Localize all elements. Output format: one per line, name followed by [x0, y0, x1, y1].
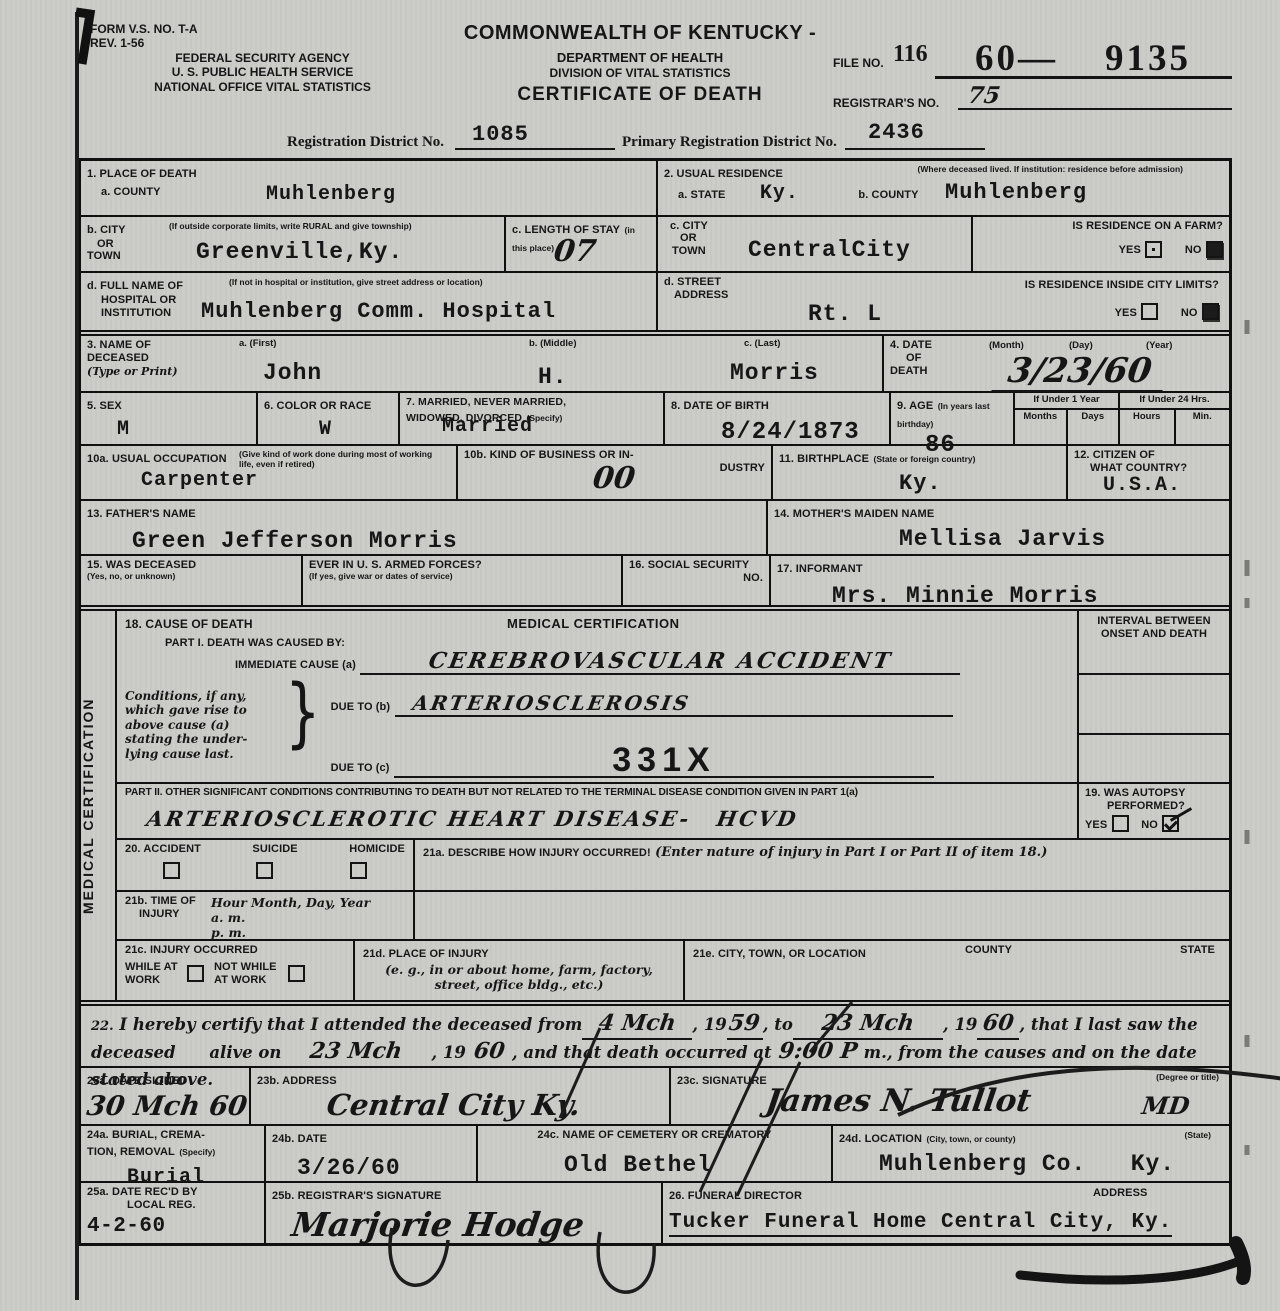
- autopsy-yes-checkbox: [1112, 815, 1129, 832]
- due-to-b-label: DUE TO (b): [331, 701, 390, 713]
- birthplace-note: (State or foreign country): [873, 454, 975, 464]
- department-title: DEPARTMENT OF HEALTH: [440, 50, 840, 66]
- marital-value: Married: [442, 417, 533, 437]
- primary-district-rule: [845, 148, 985, 150]
- burial-location-county: Muhlenberg Co.: [879, 1151, 1086, 1177]
- registrar-no-value: 75: [966, 84, 1001, 107]
- informant-value: Mrs. Minnie Morris: [832, 585, 1223, 608]
- ssn-label-1: 16. SOCIAL SECURITY: [629, 559, 763, 572]
- injury-state-label: STATE: [1180, 944, 1215, 957]
- interval-label-2: ONSET AND DEATH: [1083, 628, 1225, 641]
- veteran-note-2: (If yes, give war or dates of service): [309, 572, 615, 582]
- injury-place-note: (e. g., in or about home, farm, factory,…: [363, 962, 675, 992]
- part2-label: PART II. OTHER SIGNIFICANT CONDITIONS CO…: [125, 787, 1069, 799]
- residence-city-label: c. CITY: [670, 220, 965, 233]
- certify-19b: , 19: [943, 1015, 977, 1034]
- row-registrar: 25a. DATE REC'D BY LOCAL REG. 4-2-60 25b…: [81, 1183, 1229, 1243]
- middle-name-label: b. (Middle): [529, 339, 662, 350]
- autopsy-no-checkbox: [1162, 815, 1179, 832]
- residence-note: (Where deceased lived. If institution: r…: [893, 165, 1183, 175]
- conditions-brace: }: [285, 676, 321, 793]
- street-address-value: Rt. L: [808, 303, 882, 326]
- burial-label-1: 24a. BURIAL, CREMA-: [87, 1129, 258, 1142]
- accident-label: 20. ACCIDENT: [125, 843, 201, 856]
- usual-residence-block: 2. USUAL RESIDENCE (Where deceased lived…: [658, 161, 1229, 330]
- mother-label: 14. MOTHER'S MAIDEN NAME: [774, 508, 934, 520]
- immediate-cause-value: Cerebrovascular Accident: [427, 650, 894, 672]
- commonwealth-title: COMMONWEALTH OF KENTUCKY -: [440, 22, 840, 44]
- race-label: 6. COLOR OR RACE: [264, 400, 371, 412]
- certify-fill-hour: 9:00 P: [777, 1040, 858, 1062]
- row-demographics: 5. SEX M 6. COLOR OR RACE W 7. MARRIED, …: [81, 393, 1229, 446]
- farm-question: IS RESIDENCE ON A FARM?: [979, 220, 1223, 233]
- certify-fill-to: 23 Mch: [820, 1012, 915, 1034]
- medical-certification-strip-label: MEDICAL CERTIFICATION: [81, 611, 115, 1000]
- burial-note: (Specify): [179, 1147, 215, 1157]
- occupation-label: 10a. USUAL OCCUPATION: [87, 453, 227, 465]
- reg-district-value: 1085: [472, 124, 529, 146]
- work-label: WORK: [125, 974, 187, 987]
- residence-city-value: CentralCity: [748, 239, 911, 262]
- row-medical-certification: MEDICAL CERTIFICATION 18. CAUSE OF DEATH…: [81, 611, 1229, 1006]
- name-title-1: 3. NAME OF: [87, 339, 227, 352]
- conditions-note: Conditions, if any, which gave rise to a…: [125, 689, 285, 778]
- citizen-label-1: 12. CITIZEN OF: [1074, 449, 1223, 462]
- signature-value: James N. Tullot: [764, 1086, 1033, 1117]
- sex-value: M: [117, 420, 250, 440]
- primary-district-value: 2436: [868, 122, 925, 144]
- injury-desc-note: (Enter nature of injury in Part I or Par…: [655, 845, 1047, 860]
- file-stamp-serial: 9135: [1105, 40, 1191, 77]
- registrar-signature-value: Marjorie Hodge: [290, 1208, 587, 1241]
- medical-certification-strip: MEDICAL CERTIFICATION: [81, 611, 117, 1000]
- residence-county-value: Muhlenberg: [945, 180, 1087, 205]
- autopsy-no-label: NO: [1141, 819, 1158, 831]
- burial-location-note-1: (City, town, or county): [926, 1134, 1015, 1144]
- certify-text-to: , to: [763, 1015, 793, 1034]
- certify-fill-from: 4 Mch: [597, 1012, 677, 1034]
- injury-time-cols: Hour Month, Day, Year: [211, 895, 370, 910]
- place-of-death-block: 1. PLACE OF DEATH a. COUNTY Muhlenberg b…: [81, 161, 658, 330]
- row-veteran-informant: 15. WAS DECEASED (Yes, no, or unknown) E…: [81, 556, 1229, 611]
- under-one-year-block: If Under 1 Year Months Days: [1015, 393, 1120, 444]
- certify-fill-fromyr: 59: [728, 1012, 762, 1034]
- limits-no-checkbox: [1202, 303, 1219, 320]
- interval-rule-a: [1079, 673, 1229, 675]
- autopsy-yes-label: YES: [1085, 819, 1107, 831]
- reg-district-rule: [455, 148, 615, 150]
- father-value: Green Jefferson Morris: [132, 530, 760, 553]
- interval-rule-b: [1079, 733, 1229, 735]
- injury-place-block: 21d. PLACE OF INJURY (e. g., in or about…: [355, 941, 685, 1000]
- form-revision: REV. 1-56: [90, 36, 435, 50]
- cemetery-value: Old Bethel: [564, 1154, 825, 1177]
- row-signature: 23a. DATE SIGNED 30 Mch 60 23b. ADDRESS …: [81, 1068, 1229, 1126]
- injury-where-label: 21c. INJURY OCCURRED: [125, 944, 345, 957]
- registrar-no-label: REGISTRAR'S NO.: [833, 96, 939, 110]
- first-name-label: a. (First): [239, 339, 427, 350]
- form-number: FORM V.S. NO. T-A: [90, 22, 435, 36]
- injury-location-block: 21e. CITY, TOWN, OR LOCATION COUNTY STAT…: [685, 941, 1229, 1000]
- name-title-3: (Type or Print): [87, 365, 227, 378]
- burial-date-label: 24b. DATE: [272, 1133, 327, 1145]
- file-stamp-year: 60—: [975, 40, 1058, 77]
- limits-no-label: NO: [1181, 307, 1198, 319]
- hours-label: Hours: [1120, 410, 1176, 444]
- under-24-block: If Under 24 Hrs. Hours Min.: [1120, 393, 1229, 444]
- hospital-note: (If not in hospital or institution, give…: [229, 278, 619, 288]
- certificate-grid: 1. PLACE OF DEATH a. COUNTY Muhlenberg b…: [78, 158, 1232, 1246]
- burial-label-2: TION, REMOVAL: [87, 1146, 175, 1158]
- service-line: U. S. PUBLIC HEALTH SERVICE: [90, 65, 435, 79]
- injury-desc-label: 21a. DESCRIBE HOW INJURY OCCURRED!: [423, 847, 651, 859]
- city-of-death-label: b. CITY: [87, 224, 126, 236]
- part2-value-2: HCVD: [715, 808, 800, 829]
- place-of-death-title: 1. PLACE OF DEATH: [87, 168, 197, 180]
- mother-value: Mellisa Jarvis: [899, 528, 1223, 551]
- injury-time-pm: p. m.: [211, 925, 370, 940]
- degree-note: (Degree or title): [1156, 1073, 1219, 1083]
- last-name-value: Morris: [730, 362, 819, 385]
- hospital-label-1: d. FULL NAME OF: [87, 280, 183, 292]
- agency-line: FEDERAL SECURITY AGENCY: [90, 51, 435, 65]
- received-label-2: LOCAL REG.: [127, 1199, 258, 1212]
- received-value: 4-2-60: [87, 1216, 258, 1237]
- sex-label: 5. SEX: [87, 400, 122, 412]
- race-value: W: [319, 420, 392, 440]
- due-to-c-label: DUE TO (c): [331, 762, 390, 774]
- hospital-value: Muhlenberg Comm. Hospital: [201, 301, 556, 323]
- city-of-death-note: (If outside corporate limits, write RURA…: [169, 222, 439, 232]
- father-label: 13. FATHER'S NAME: [87, 508, 196, 520]
- injury-place-label: 21d. PLACE OF INJURY: [363, 948, 489, 960]
- birthplace-value: Ky.: [899, 473, 1060, 495]
- business-value: 00: [591, 464, 637, 494]
- physician-address-value: Central City Ky.: [325, 1091, 582, 1120]
- injury-time-label-1: 21b. TIME OF: [125, 895, 211, 908]
- middle-name-value: H.: [538, 366, 568, 389]
- interval-column: INTERVAL BETWEEN ONSET AND DEATH: [1077, 611, 1229, 782]
- city-of-death-value: Greenville,Ky.: [196, 241, 403, 264]
- due-to-c-value: 331X: [612, 741, 715, 779]
- certify-fill-aliveyr: 60: [472, 1040, 506, 1062]
- while-at-label: WHILE AT: [125, 961, 187, 974]
- farm-no-checkbox: [1206, 241, 1223, 258]
- manner-block: 20. ACCIDENT SUICIDE HOMICIDE: [117, 840, 415, 890]
- farm-no-label: NO: [1185, 244, 1202, 256]
- age-label: 9. AGE: [897, 400, 933, 412]
- dod-value: 3/23/60: [991, 354, 1167, 392]
- certificate-title: CERTIFICATE OF DEATH: [440, 84, 840, 107]
- county-of-death-value: Muhlenberg: [266, 185, 396, 205]
- length-of-stay-value: 07: [552, 237, 598, 267]
- while-at-work-checkbox: [187, 965, 204, 982]
- occupation-note: (Give kind of work done during most of w…: [239, 450, 439, 470]
- suicide-checkbox: [256, 862, 273, 879]
- division-title: DIVISION OF VITAL STATISTICS: [440, 66, 840, 80]
- under-24-label: If Under 24 Hrs.: [1120, 393, 1229, 410]
- row-parents: 13. FATHER'S NAME Green Jefferson Morris…: [81, 501, 1229, 556]
- residence-state-value: Ky.: [760, 182, 799, 205]
- certify-19a: , 19: [692, 1015, 726, 1034]
- marital-label-1: 7. MARRIED, NEVER MARRIED,: [406, 396, 657, 408]
- days-label: Days: [1068, 410, 1119, 444]
- citizen-value: U.S.A.: [1103, 476, 1181, 496]
- title-block: COMMONWEALTH OF KENTUCKY - DEPARTMENT OF…: [440, 22, 840, 107]
- signature-label: 23c. SIGNATURE: [677, 1075, 767, 1087]
- burial-location-state: Ky.: [1131, 1151, 1175, 1177]
- date-signed-value: 30 Mch 60: [85, 1093, 249, 1120]
- interval-label-1: INTERVAL BETWEEN: [1083, 615, 1225, 628]
- last-name-label: c. (Last): [744, 339, 876, 350]
- row-occupation: 10a. USUAL OCCUPATION (Give kind of work…: [81, 446, 1229, 501]
- burial-date-value: 3/26/60: [297, 1157, 470, 1180]
- file-no-value: 116: [893, 42, 928, 66]
- autopsy-block: 19. WAS AUTOPSY PERFORMED? YES NO: [1077, 784, 1229, 838]
- farm-yes-checkbox: [1145, 241, 1162, 258]
- residence-state-label: a. STATE: [678, 189, 725, 201]
- accident-checkbox: [163, 862, 180, 879]
- limits-yes-label: YES: [1115, 307, 1137, 319]
- under-one-year-label: If Under 1 Year: [1015, 393, 1118, 410]
- row-name-dod: 3. NAME OF DECEASED (Type or Print) a. (…: [81, 336, 1229, 393]
- form-id-block: FORM V.S. NO. T-A REV. 1-56 FEDERAL SECU…: [90, 22, 435, 94]
- injury-county-label: COUNTY: [965, 944, 1012, 957]
- physician-address-label: 23b. ADDRESS: [257, 1075, 337, 1087]
- name-title-2: DECEASED: [87, 352, 227, 365]
- certify-fill-alive: 23 Mch: [309, 1040, 404, 1062]
- injury-time-label-2: INJURY: [139, 908, 211, 921]
- homicide-label: HOMICIDE: [349, 843, 405, 856]
- reg-district-label: Registration District No.: [287, 133, 444, 151]
- city-limits-question: IS RESIDENCE INSIDE CITY LIMITS?: [1025, 279, 1219, 292]
- autopsy-label-1: 19. WAS AUTOPSY: [1085, 787, 1223, 800]
- months-label: Months: [1015, 410, 1068, 444]
- degree-value: MD: [1140, 1094, 1191, 1118]
- file-no-rule: [935, 76, 1232, 79]
- birthdate-label: 8. DATE OF BIRTH: [671, 400, 769, 412]
- certify-text-3: alive on: [209, 1043, 281, 1062]
- cemetery-label: 24c. NAME OF CEMETERY OR CREMATORY: [484, 1129, 825, 1142]
- ssn-label-2: NO.: [629, 572, 763, 585]
- first-name-value: John: [263, 362, 322, 385]
- suicide-label: SUICIDE: [252, 843, 297, 856]
- row-certify: 22. I hereby certify that I attended the…: [81, 1006, 1229, 1068]
- homicide-checkbox: [350, 862, 367, 879]
- row-burial: 24a. BURIAL, CREMA- TION, REMOVAL (Speci…: [81, 1126, 1229, 1183]
- date-signed-label: 23a. DATE SIGNED: [87, 1075, 187, 1087]
- row-place-residence: 1. PLACE OF DEATH a. COUNTY Muhlenberg b…: [81, 161, 1229, 336]
- at-work-label: AT WORK: [214, 974, 288, 987]
- certify-19c: , 19: [431, 1043, 465, 1062]
- veteran-note-1: (Yes, no, or unknown): [87, 572, 295, 582]
- residence-county-label: b. COUNTY: [858, 189, 918, 201]
- funeral-director-value: Tucker Funeral Home Central City, Ky.: [669, 1212, 1172, 1237]
- office-line: NATIONAL OFFICE VITAL STATISTICS: [90, 80, 435, 94]
- injury-time-block: 21b. TIME OF INJURY Hour Month, Day, Yea…: [117, 892, 415, 939]
- burial-location-note-2: (State): [1185, 1131, 1211, 1141]
- residence-title: 2. USUAL RESIDENCE: [664, 168, 783, 180]
- certify-text-1: I hereby certify that I attended the dec…: [119, 1015, 582, 1034]
- birthplace-label: 11. BIRTHPLACE: [779, 453, 869, 465]
- due-to-b-value: Arteriosclerosis: [411, 693, 692, 713]
- injury-time-empty: [415, 892, 1229, 939]
- funeral-director-label: 26. FUNERAL DIRECTOR: [669, 1190, 802, 1202]
- min-label: Min.: [1176, 410, 1230, 444]
- occupation-value: Carpenter: [141, 471, 258, 491]
- received-label-1: 25a. DATE REC'D BY: [87, 1186, 258, 1199]
- part2-value-1: Arteriosclerotic Heart Disease-: [145, 808, 693, 829]
- farm-yes-label: YES: [1119, 244, 1141, 256]
- certify-text-4: , and that death occurred at: [512, 1043, 772, 1062]
- informant-label: 17. INFORMANT: [777, 563, 863, 575]
- registrar-signature-label: 25b. REGISTRAR'S SIGNATURE: [272, 1190, 441, 1202]
- limits-yes-checkbox: [1141, 303, 1158, 320]
- certify-fill-toyr: 60: [981, 1012, 1015, 1034]
- autopsy-label-2: PERFORMED?: [1107, 800, 1223, 813]
- not-while-label: NOT WHILE: [214, 961, 288, 974]
- medical-certification-title: MEDICAL CERTIFICATION: [507, 616, 680, 631]
- burial-location-label: 24d. LOCATION: [839, 1133, 922, 1145]
- birthdate-value: 8/24/1873: [721, 421, 883, 445]
- injury-location-label: 21e. CITY, TOWN, OR LOCATION: [693, 948, 866, 960]
- cause-label: 18. CAUSE OF DEATH: [125, 617, 253, 631]
- county-of-death-label: a. COUNTY: [101, 186, 161, 198]
- funeral-address-label: ADDRESS: [1093, 1187, 1148, 1200]
- certify-number: 22.: [91, 1019, 114, 1034]
- registrar-no-rule: [958, 108, 1232, 110]
- not-while-at-work-checkbox: [288, 965, 305, 982]
- file-no-label: FILE NO.: [833, 56, 884, 70]
- injury-where-block: 21c. INJURY OCCURRED WHILE AT WORK NOT W…: [117, 941, 355, 1000]
- citizen-label-2: WHAT COUNTRY?: [1090, 462, 1223, 475]
- injury-time-am: a. m.: [211, 910, 370, 925]
- death-certificate-scan: FORM V.S. NO. T-A REV. 1-56 FEDERAL SECU…: [0, 0, 1280, 1311]
- primary-district-label: Primary Registration District No.: [622, 133, 837, 151]
